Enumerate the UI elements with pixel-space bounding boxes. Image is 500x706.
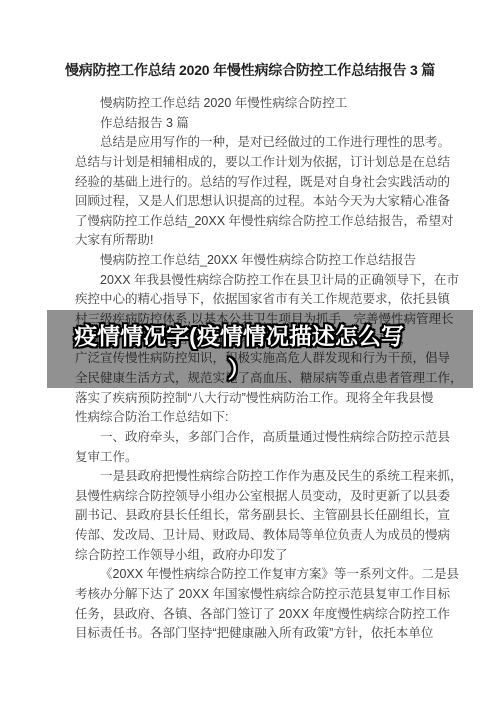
- text-line: 大家有所帮助!: [75, 231, 431, 251]
- text-line: 作总结报告 3 篇: [75, 114, 431, 134]
- text-line: 了慢病防控工作总结_20XX 年慢性病综合防控工作总结报告，希望对: [75, 212, 431, 232]
- document-page: 慢病防控工作总结 2020 年慢性病综合防控工作总结报告 3 篇 慢病防控工作总…: [0, 0, 500, 706]
- text-line: 疾控中心的精心指导下，依据国家省市有关工作规范要求，依托县镇: [75, 290, 431, 310]
- text-line: 副书记、县政府县长任组长，常务副县长、主管副县长任副组长，宣: [75, 506, 431, 526]
- text-line: 《20XX 年慢性病综合防控工作复审方案》等一系列文件。二是县: [75, 565, 431, 585]
- text-line: 总结与计划是相辅相成的，要以工作计划为依据，订计划总是在总结: [75, 153, 431, 173]
- text-line: 经验的基础上进行的。总结的写作过程，既是对自身社会实践活动的: [75, 173, 431, 193]
- text-line: 性病综合防治工作总结如下:: [75, 408, 431, 428]
- watermark-title-line-1: 疫情情况字(疫情情况描述怎么写: [74, 320, 404, 353]
- text-line: 慢病防控工作总结 2020 年慢性病综合防控工: [75, 94, 431, 114]
- page-title: 慢病防控工作总结 2020 年慢性病综合防控工作总结报告 3 篇: [0, 60, 500, 82]
- text-line: 落实了疾病预防控制“八大行动”慢性病防治工作。现将全年我县慢: [75, 389, 431, 409]
- watermark-title-line-2: ）: [228, 353, 251, 386]
- text-line: 复审工作。: [75, 448, 431, 468]
- text-line: 传部、发改局、卫计局、财政局、教体局等单位负责人为成员的慢病: [75, 526, 431, 546]
- text-line: 任务，县政府、各镇、各部门签订了 20XX 年度慢性病综合防控工作: [75, 605, 431, 625]
- text-line: 考核办分解下达了 20XX 年国家慢性病综合防控示范县复审工作目标: [75, 585, 431, 605]
- text-line: 目标责任书。各部门坚持“把健康融入所有政策”方针，依托本单位: [75, 624, 431, 644]
- text-line: 一是县政府把慢性病综合防控工作作为惠及民生的系统工程来抓，: [75, 467, 431, 487]
- text-line: 一、政府牵头，多部门合作，高质量通过慢性病综合防控示范县: [75, 428, 431, 448]
- text-line: 20XX 年我县慢性病综合防控工作在县卫计局的正确领导下，在市: [75, 271, 431, 291]
- text-line: 县慢性病综合防控领导小组办公室根据人员变动，及时更新了以县委: [75, 487, 431, 507]
- text-line: 慢病防控工作总结_20XX 年慢性病综合防控工作总结报告: [75, 251, 431, 271]
- watermark-overlay-band: 疫情情况字(疫情情况描述怎么写 ）: [47, 310, 473, 388]
- text-line: 总结是应用写作的一种，是对已经做过的工作进行理性的思考。: [75, 133, 431, 153]
- text-line: 综合防控工作领导小组，政府办印发了: [75, 546, 431, 566]
- text-line: 回顾过程，又是人们思想认识提高的过程。本站今天为大家精心准备: [75, 192, 431, 212]
